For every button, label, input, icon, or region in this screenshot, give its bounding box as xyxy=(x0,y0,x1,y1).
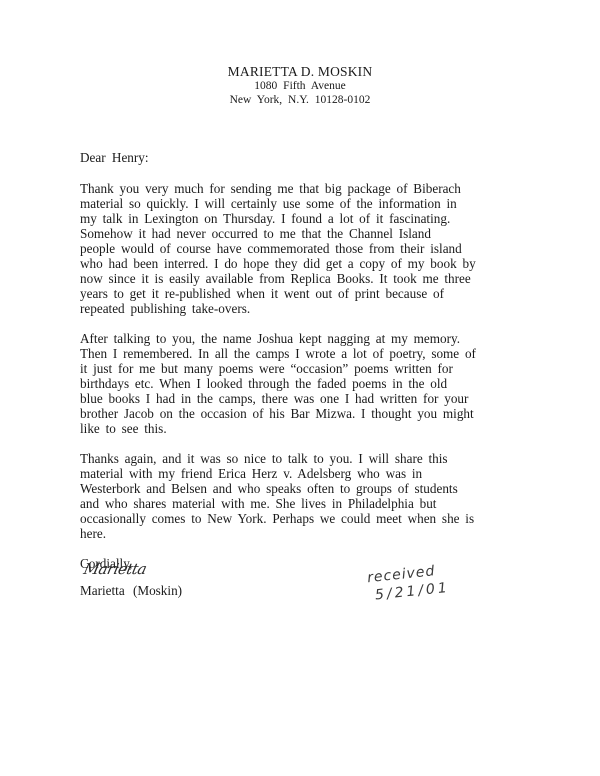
text-line: Thank you very much for sending me that … xyxy=(80,181,550,196)
paragraph-1: Thank you very much for sending me that … xyxy=(80,181,550,316)
text-line: blue books I had in the camps, there was… xyxy=(80,391,550,406)
sender-street: 1080 Fifth Avenue xyxy=(0,79,600,93)
text-line: my talk in Lexington on Thursday. I foun… xyxy=(80,211,550,226)
sender-name: MARIETTA D. MOSKIN xyxy=(0,64,600,79)
letter-body: Dear Henry: Thank you very much for send… xyxy=(80,150,550,571)
text-line: birthdays etc. When I looked through the… xyxy=(80,376,550,391)
handwritten-signature: Marietta xyxy=(82,560,148,578)
text-line: occasionally comes to New York. Perhaps … xyxy=(80,511,550,526)
sender-city: New York, N.Y. 10128-0102 xyxy=(0,93,600,107)
text-line: After talking to you, the name Joshua ke… xyxy=(80,331,550,346)
text-line: here. xyxy=(80,526,550,541)
text-line: people would of course have commemorated… xyxy=(80,241,550,256)
text-line: it just for me but many poems were “occa… xyxy=(80,361,550,376)
text-line: Thanks again, and it was so nice to talk… xyxy=(80,451,550,466)
text-line: who had been interred. I do hope they di… xyxy=(80,256,550,271)
text-line: like to see this. xyxy=(80,421,550,436)
text-line: Westerbork and Belsen and who speaks oft… xyxy=(80,481,550,496)
text-line: material so quickly. I will certainly us… xyxy=(80,196,550,211)
paragraph-2: After talking to you, the name Joshua ke… xyxy=(80,331,550,436)
text-line: brother Jacob on the occasion of his Bar… xyxy=(80,406,550,421)
letterhead: MARIETTA D. MOSKIN 1080 Fifth Avenue New… xyxy=(0,64,600,107)
text-line: material with my friend Erica Herz v. Ad… xyxy=(80,466,550,481)
closing: Cordially, xyxy=(80,556,550,571)
paragraph-3: Thanks again, and it was so nice to talk… xyxy=(80,451,550,541)
text-line: Then I remembered. In all the camps I wr… xyxy=(80,346,550,361)
text-line: years to get it re-published when it wen… xyxy=(80,286,550,301)
text-line: now since it is easily available from Re… xyxy=(80,271,550,286)
typed-signature: Marietta (Moskin) xyxy=(80,583,182,599)
handwritten-received-note: received 5/21/01 xyxy=(366,561,450,605)
text-line: repeated publishing take-overs. xyxy=(80,301,550,316)
text-line: and who shares material with me. She liv… xyxy=(80,496,550,511)
salutation: Dear Henry: xyxy=(80,150,550,165)
text-line: Somehow it had never occurred to me that… xyxy=(80,226,550,241)
